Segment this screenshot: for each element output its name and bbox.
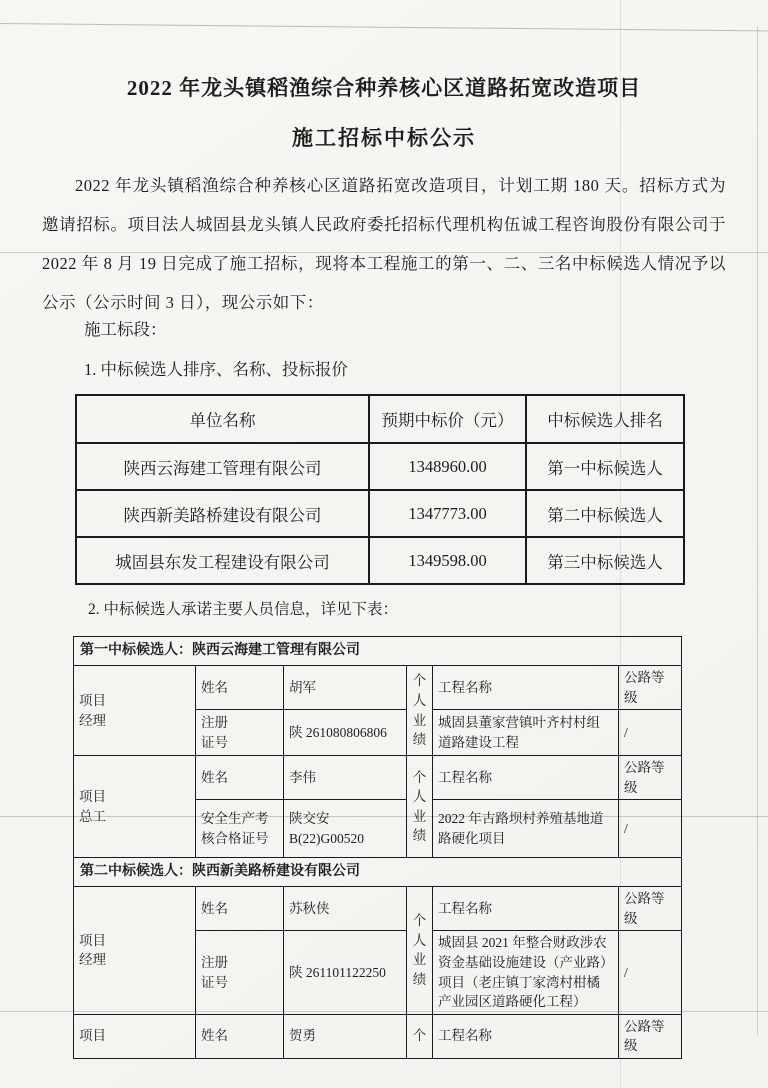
candidate-band-row: 第二中标候选人：陕西新美路桥建设有限公司 bbox=[74, 858, 682, 887]
project-name: 城固县 2021 年整合财政涉农资金基础设施建设（产业路）项目（老庄镇丁家湾村柑… bbox=[433, 931, 619, 1014]
grade-header: 公路等级 bbox=[619, 1014, 682, 1058]
personnel-row: 项目 经理 姓名 胡军 个 人 业 绩 工程名称 公路等级 bbox=[74, 666, 682, 710]
scan-fold-line-top bbox=[0, 23, 768, 31]
field-label: 姓名 bbox=[196, 887, 284, 931]
person-name: 贺勇 bbox=[284, 1014, 407, 1058]
grade-header: 公路等级 bbox=[619, 666, 682, 710]
credential-number: 陕 261080806806 bbox=[284, 710, 407, 756]
bid-table-row: 陕西新美路桥建设有限公司 1347773.00 第二中标候选人 bbox=[76, 490, 684, 537]
scanned-document-page: 2022 年龙头镇稻渔综合种养核心区道路拓宽改造项目 施工招标中标公示 2022… bbox=[0, 0, 768, 1088]
bid-table-row: 陕西云海建工管理有限公司 1348960.00 第一中标候选人 bbox=[76, 443, 684, 490]
role-cell: 项目 bbox=[74, 1014, 196, 1058]
field-label: 姓名 bbox=[196, 756, 284, 800]
credential-label: 注册 证号 bbox=[196, 931, 284, 1014]
company-name: 陕西云海建工管理有限公司 bbox=[76, 443, 369, 490]
project-header: 工程名称 bbox=[433, 1014, 619, 1058]
achievement-label: 个 人 业 绩 bbox=[407, 887, 433, 1014]
project-name: 城固县董家营镇叶齐村村组道路建设工程 bbox=[433, 710, 619, 756]
personnel-table: 第一中标候选人：陕西云海建工管理有限公司 项目 经理 姓名 胡军 个 人 业 绩… bbox=[73, 636, 682, 1059]
expected-price: 1348960.00 bbox=[369, 443, 526, 490]
person-name: 胡军 bbox=[284, 666, 407, 710]
candidate-rank: 第二中标候选人 bbox=[526, 490, 684, 537]
list-item-1-heading: 1. 中标候选人排序、名称、投标报价 bbox=[84, 356, 348, 380]
grade-value: / bbox=[619, 710, 682, 756]
achievement-label: 个 人 业 绩 bbox=[407, 756, 433, 858]
personnel-row: 项目 经理 姓名 苏秋侠 个 人 业 绩 工程名称 公路等级 bbox=[74, 887, 682, 931]
bid-table-row: 城固县东发工程建设有限公司 1349598.00 第三中标候选人 bbox=[76, 537, 684, 584]
grade-header: 公路等级 bbox=[619, 756, 682, 800]
credential-number: 陕交安 B(22)G00520 bbox=[284, 800, 407, 858]
candidate-band-row: 第一中标候选人：陕西云海建工管理有限公司 bbox=[74, 637, 682, 666]
field-label: 姓名 bbox=[196, 1014, 284, 1058]
candidate-rank: 第三中标候选人 bbox=[526, 537, 684, 584]
credential-number: 陕 261101122250 bbox=[284, 931, 407, 1014]
personnel-row: 项目 总工 姓名 李伟 个 人 业 绩 工程名称 公路等级 bbox=[74, 756, 682, 800]
grade-header: 公路等级 bbox=[619, 887, 682, 931]
grade-value: / bbox=[619, 931, 682, 1014]
company-name: 城固县东发工程建设有限公司 bbox=[76, 537, 369, 584]
list-item-2-heading: 2. 中标候选人承诺主要人员信息，详见下表： bbox=[88, 597, 398, 619]
project-header: 工程名称 bbox=[433, 666, 619, 710]
personnel-row-truncated: 项目 姓名 贺勇 个 工程名称 公路等级 bbox=[74, 1014, 682, 1058]
candidate-rank: 第一中标候选人 bbox=[526, 443, 684, 490]
intro-paragraph: 2022 年龙头镇稻渔综合种养核心区道路拓宽改造项目，计划工期 180 天。招标… bbox=[42, 166, 726, 322]
company-name: 陕西新美路桥建设有限公司 bbox=[76, 490, 369, 537]
person-name: 苏秋侠 bbox=[284, 887, 407, 931]
bid-candidates-table: 单位名称 预期中标价（元） 中标候选人排名 陕西云海建工管理有限公司 13489… bbox=[75, 394, 685, 585]
header-candidate-rank: 中标候选人排名 bbox=[526, 395, 684, 443]
project-header: 工程名称 bbox=[433, 887, 619, 931]
candidate-band-1: 第一中标候选人：陕西云海建工管理有限公司 bbox=[74, 637, 682, 666]
expected-price: 1347773.00 bbox=[369, 490, 526, 537]
achievement-label: 个 bbox=[407, 1014, 433, 1058]
header-expected-price: 预期中标价（元） bbox=[369, 395, 526, 443]
role-cell: 项目 经理 bbox=[74, 666, 196, 756]
role-cell: 项目 经理 bbox=[74, 887, 196, 1014]
credential-label: 安全生产考 核合格证号 bbox=[196, 800, 284, 858]
title-line-2: 施工招标中标公示 bbox=[0, 122, 768, 152]
candidate-band-2: 第二中标候选人：陕西新美路桥建设有限公司 bbox=[74, 858, 682, 887]
project-name: 2022 年古路坝村养殖基地道路硬化项目 bbox=[433, 800, 619, 858]
project-header: 工程名称 bbox=[433, 756, 619, 800]
scan-edge-line-right bbox=[757, 26, 758, 1036]
credential-label: 注册 证号 bbox=[196, 710, 284, 756]
bid-table-header-row: 单位名称 预期中标价（元） 中标候选人排名 bbox=[76, 395, 684, 443]
field-label: 姓名 bbox=[196, 666, 284, 710]
section-label: 施工标段： bbox=[84, 316, 167, 340]
role-cell: 项目 总工 bbox=[74, 756, 196, 858]
header-company-name: 单位名称 bbox=[76, 395, 369, 443]
document-title: 2022 年龙头镇稻渔综合种养核心区道路拓宽改造项目 施工招标中标公示 bbox=[0, 72, 768, 152]
expected-price: 1349598.00 bbox=[369, 537, 526, 584]
achievement-label: 个 人 业 绩 bbox=[407, 666, 433, 756]
grade-value: / bbox=[619, 800, 682, 858]
title-line-1: 2022 年龙头镇稻渔综合种养核心区道路拓宽改造项目 bbox=[0, 72, 768, 102]
person-name: 李伟 bbox=[284, 756, 407, 800]
